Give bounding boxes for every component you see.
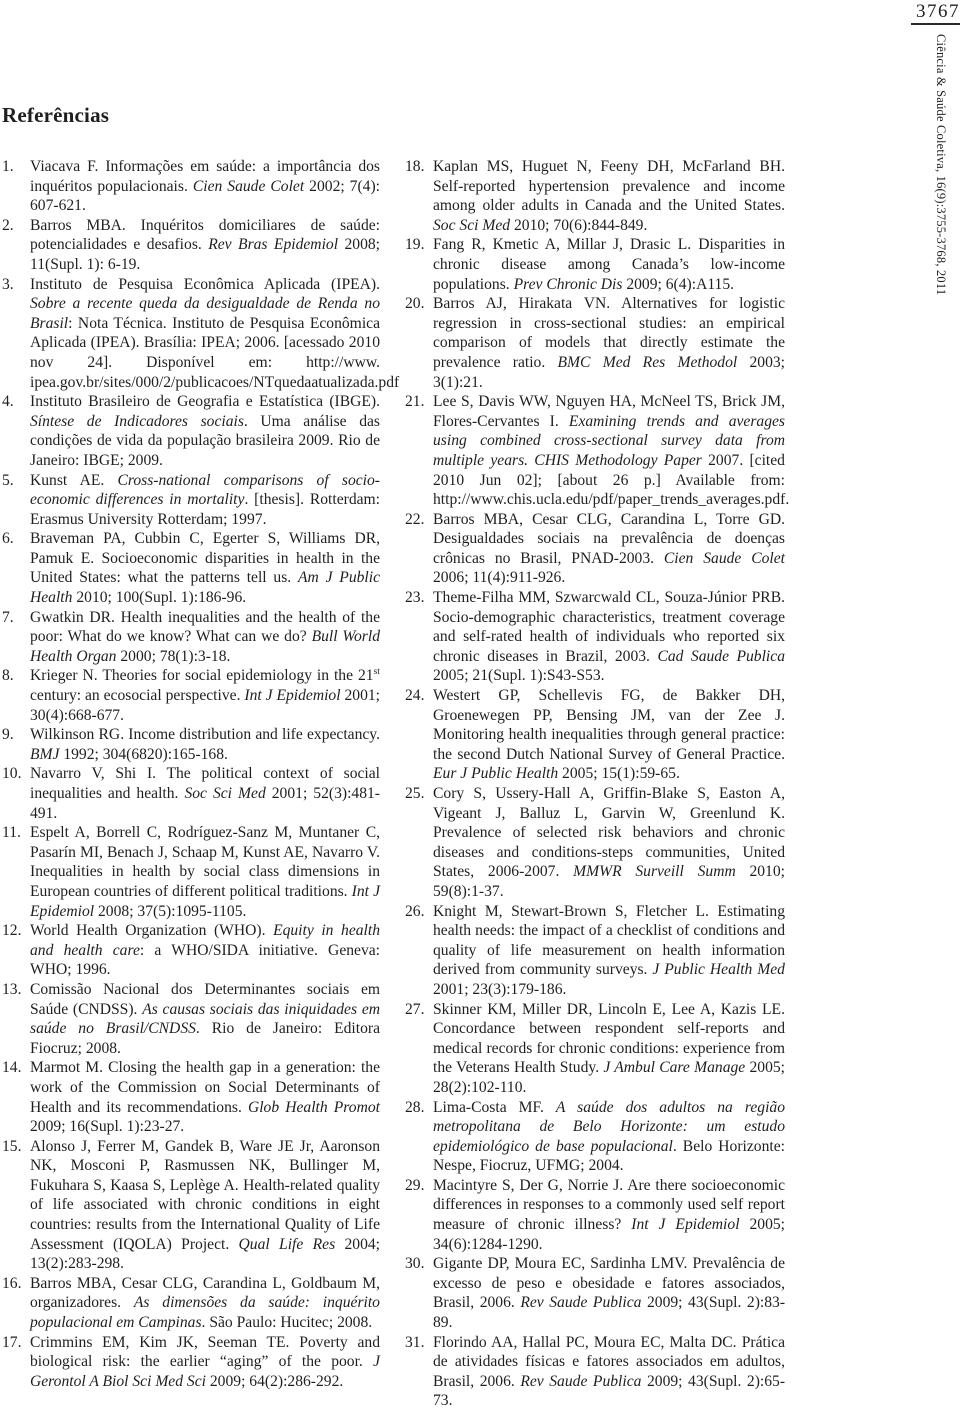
reference-italic-segment: Cien Saude Colet [193,178,304,195]
reference-number: 3. [2,275,14,295]
reference-number: 27. [405,1000,425,1020]
reference-text: Lima-Costa MF. A saúde dos adultos na re… [433,1099,785,1175]
reference-item: 21.Lee S, Davis WW, Nguyen HA, McNeel TS… [405,392,785,510]
reference-text: Gwatkin DR. Health inequalities and the … [30,609,380,665]
reference-segment: Westert GP, Schellevis FG, de Bakker DH,… [433,687,785,763]
reference-number: 8. [2,666,14,686]
reference-text: Gigante DP, Moura EC, Sardinha LMV. Prev… [433,1255,785,1331]
reference-segment: 2000; 78(1):3-18. [116,648,230,665]
reference-text: Lee S, Davis WW, Nguyen HA, McNeel TS, B… [433,393,789,508]
reference-item: 6.Braveman PA, Cubbin C, Egerter S, Will… [2,529,380,607]
reference-text: Marmot M. Closing the health gap in a ge… [30,1059,380,1135]
reference-text: Macintyre S, Der G, Norrie J. Are there … [433,1177,785,1253]
reference-item: 22.Barros MBA, Cesar CLG, Carandina L, T… [405,510,785,588]
reference-item: 20.Barros AJ, Hirakata VN. Alternatives … [405,294,785,392]
journal-page: 3767 Ciência & Saúde Coletiva, 16(9):375… [0,0,960,1417]
reference-italic-segment: BMC Med Res Methodol [558,354,738,371]
reference-item: 29.Macintyre S, Der G, Norrie J. Are the… [405,1176,785,1254]
reference-text: Krieger N. Theories for social epidemiol… [30,667,380,723]
reference-italic-segment: Prev Chronic Dis [514,276,623,293]
reference-italic-segment: Int J Epidemiol [631,1216,739,1233]
reference-item: 1.Viacava F. Informações em saúde: a imp… [2,157,380,216]
reference-segment: st [374,666,380,677]
reference-segment: 2010; 100(Supl. 1):186-96. [72,589,246,606]
reference-number: 31. [405,1333,425,1353]
reference-item: 19.Fang R, Kmetic A, Millar J, Drasic L.… [405,235,785,294]
reference-italic-segment: Soc Sci Med [184,785,265,802]
reference-text: Alonso J, Ferrer M, Gandek B, Ware JE Jr… [30,1138,380,1273]
reference-italic-segment: Síntese de Indicadores sociais [30,413,244,430]
reference-text: Navarro V, Shi I. The political context … [30,765,380,821]
reference-segment: 2008; 37(5):1095-1105. [94,903,246,920]
reference-text: Espelt A, Borrell C, Rodríguez-Sanz M, M… [30,824,380,919]
reference-text: Barros AJ, Hirakata VN. Alternatives for… [433,295,785,390]
references-heading: Referências [2,103,109,128]
reference-item: 11.Espelt A, Borrell C, Rodríguez-Sanz M… [2,823,380,921]
reference-italic-segment: Rev Bras Epidemiol [208,236,338,253]
reference-number: 2. [2,216,14,236]
reference-number: 15. [2,1137,22,1157]
reference-text: Cory S, Ussery-Hall A, Griffin-Blake S, … [433,785,785,900]
references-column-left: 1.Viacava F. Informações em saúde: a imp… [2,157,380,1391]
page-number: 3767 [916,1,960,23]
reference-number: 5. [2,471,14,491]
reference-item: 28.Lima-Costa MF. A saúde dos adultos na… [405,1098,785,1176]
reference-text: Viacava F. Informações em saúde: a impor… [30,158,380,214]
reference-text: Kunst AE. Cross-national comparisons of … [30,472,380,528]
reference-text: Florindo AA, Hallal PC, Moura EC, Malta … [433,1334,785,1410]
reference-text: Comissão Nacional dos Determinantes soci… [30,981,380,1057]
reference-text: Kaplan MS, Huguet N, Feeny DH, McFarland… [433,158,785,234]
reference-number: 22. [405,510,425,530]
reference-number: 26. [405,902,425,922]
reference-text: Barros MBA, Cesar CLG, Carandina L, Gold… [30,1275,380,1331]
reference-italic-segment: Soc Sci Med [433,217,510,234]
reference-italic-segment: Glob Health Promot [248,1099,380,1116]
reference-text: Barros MBA, Cesar CLG, Carandina L, Torr… [433,511,785,587]
reference-text: Instituto Brasileiro de Geografia e Esta… [30,393,380,469]
reference-italic-segment: Rev Saude Publica [520,1373,641,1390]
reference-segment: 2006; 11(4):911-926. [433,569,565,586]
reference-item: 18.Kaplan MS, Huguet N, Feeny DH, McFarl… [405,157,785,235]
reference-segment: 2005; 21(Supl. 1):S43-S53. [433,667,605,684]
reference-italic-segment: Cien Saude Colet [664,550,785,567]
reference-item: 30.Gigante DP, Moura EC, Sardinha LMV. P… [405,1254,785,1332]
references-column-right: 18.Kaplan MS, Huguet N, Feeny DH, McFarl… [405,157,785,1411]
reference-text: Knight M, Stewart-Brown S, Fletcher L. E… [433,903,785,998]
reference-number: 23. [405,588,425,608]
reference-number: 1. [2,157,14,177]
reference-italic-segment: Int J Epidemiol [244,687,340,704]
reference-number: 14. [2,1058,22,1078]
reference-item: 7.Gwatkin DR. Health inequalities and th… [2,608,380,667]
reference-segment: Wilkinson RG. Income distribution and li… [30,726,380,743]
reference-segment: century: an ecosocial perspective. [30,687,244,704]
reference-italic-segment: BMJ [30,746,59,763]
reference-number: 13. [2,980,22,1000]
reference-number: 6. [2,529,14,549]
reference-segment: 2001; 23(3):179-186. [433,981,566,998]
reference-item: 10.Navarro V, Shi I. The political conte… [2,764,380,823]
reference-item: 3.Instituto de Pesquisa Econômica Aplica… [2,275,380,393]
reference-number: 7. [2,608,14,628]
reference-item: 5.Kunst AE. Cross-national comparisons o… [2,471,380,530]
reference-segment: . São Paulo: Hucitec; 2008. [202,1314,373,1331]
reference-number: 21. [405,392,425,412]
reference-item: 9.Wilkinson RG. Income distribution and … [2,725,380,764]
reference-item: 17.Crimmins EM, Kim JK, Seeman TE. Pover… [2,1333,380,1392]
reference-item: 16.Barros MBA, Cesar CLG, Carandina L, G… [2,1274,380,1333]
reference-segment: 1992; 304(6820):165-168. [59,746,228,763]
reference-number: 12. [2,921,22,941]
reference-italic-segment: Rev Saude Publica [520,1294,641,1311]
reference-item: 4.Instituto Brasileiro de Geografia e Es… [2,392,380,470]
reference-segment: Lima-Costa MF. [433,1099,556,1116]
reference-segment: Espelt A, Borrell C, Rodríguez-Sanz M, M… [30,824,380,900]
reference-item: 26.Knight M, Stewart-Brown S, Fletcher L… [405,902,785,1000]
reference-item: 15.Alonso J, Ferrer M, Gandek B, Ware JE… [2,1137,380,1274]
reference-item: 23.Theme-Filha MM, Szwarcwald CL, Souza-… [405,588,785,686]
reference-item: 14.Marmot M. Closing the health gap in a… [2,1058,380,1136]
reference-number: 9. [2,725,14,745]
reference-segment: Crimmins EM, Kim JK, Seeman TE. Poverty … [30,1334,380,1371]
reference-text: Westert GP, Schellevis FG, de Bakker DH,… [433,687,785,782]
reference-item: 24.Westert GP, Schellevis FG, de Bakker … [405,686,785,784]
reference-item: 8.Krieger N. Theories for social epidemi… [2,666,380,725]
reference-segment: 2005; 15(1):59-65. [558,765,680,782]
reference-italic-segment: Cad Saude Publica [657,648,785,665]
reference-italic-segment: Qual Life Res [239,1236,336,1253]
reference-number: 29. [405,1176,425,1196]
reference-text: Barros MBA. Inquéritos domiciliares de s… [30,217,380,273]
reference-number: 11. [2,823,21,843]
reference-segment: Kaplan MS, Huguet N, Feeny DH, McFarland… [433,158,785,214]
reference-segment: 2009; 6(4):A115. [622,276,734,293]
reference-item: 31.Florindo AA, Hallal PC, Moura EC, Mal… [405,1333,785,1411]
reference-item: 2.Barros MBA. Inquéritos domiciliares de… [2,216,380,275]
reference-number: 20. [405,294,425,314]
reference-number: 28. [405,1098,425,1118]
reference-text: Instituto de Pesquisa Econômica Aplicada… [30,276,399,391]
reference-segment: Instituto de Pesquisa Econômica Aplicada… [30,276,380,293]
reference-italic-segment: J Public Health Med [652,961,785,978]
reference-segment: Instituto Brasileiro de Geografia e Esta… [30,393,380,410]
journal-citation-sidebar: Ciência & Saúde Coletiva, 16(9):3755-376… [933,34,948,295]
reference-number: 16. [2,1274,22,1294]
reference-number: 4. [2,392,14,412]
reference-text: Fang R, Kmetic A, Millar J, Drasic L. Di… [433,236,785,292]
reference-item: 27.Skinner KM, Miller DR, Lincoln E, Lee… [405,1000,785,1098]
reference-text: Skinner KM, Miller DR, Lincoln E, Lee A,… [433,1001,785,1096]
reference-segment: 2009; 16(Supl. 1):23-27. [30,1118,184,1135]
reference-text: Braveman PA, Cubbin C, Egerter S, Willia… [30,530,380,606]
reference-text: Crimmins EM, Kim JK, Seeman TE. Poverty … [30,1334,380,1390]
reference-item: 12.World Health Organization (WHO). Equi… [2,921,380,980]
reference-item: 25.Cory S, Ussery-Hall A, Griffin-Blake … [405,784,785,902]
reference-segment: 2010; 70(6):844-849. [510,217,647,234]
reference-number: 10. [2,764,22,784]
reference-item: 13.Comissão Nacional dos Determinantes s… [2,980,380,1058]
reference-italic-segment: MMWR Surveill Summ [573,863,736,880]
reference-segment: 2009; 64(2):286-292. [206,1373,343,1390]
reference-text: Theme-Filha MM, Szwarcwald CL, Souza-Jún… [433,589,785,684]
reference-segment: Krieger N. Theories for social epidemiol… [30,667,374,684]
reference-segment: : Nota Técnica. Instituto de Pesquisa Ec… [30,315,399,391]
reference-segment: World Health Organization (WHO). [30,922,273,939]
page-number-rule [911,23,960,25]
reference-number: 24. [405,686,425,706]
reference-italic-segment: Eur J Public Health [433,765,558,782]
reference-number: 25. [405,784,425,804]
reference-segment: Kunst AE. [30,472,117,489]
reference-text: World Health Organization (WHO). Equity … [30,922,380,978]
reference-number: 30. [405,1254,425,1274]
reference-italic-segment: J Ambul Care Manage [603,1059,745,1076]
reference-number: 19. [405,235,425,255]
reference-number: 18. [405,157,425,177]
reference-text: Wilkinson RG. Income distribution and li… [30,726,380,763]
reference-number: 17. [2,1333,22,1353]
